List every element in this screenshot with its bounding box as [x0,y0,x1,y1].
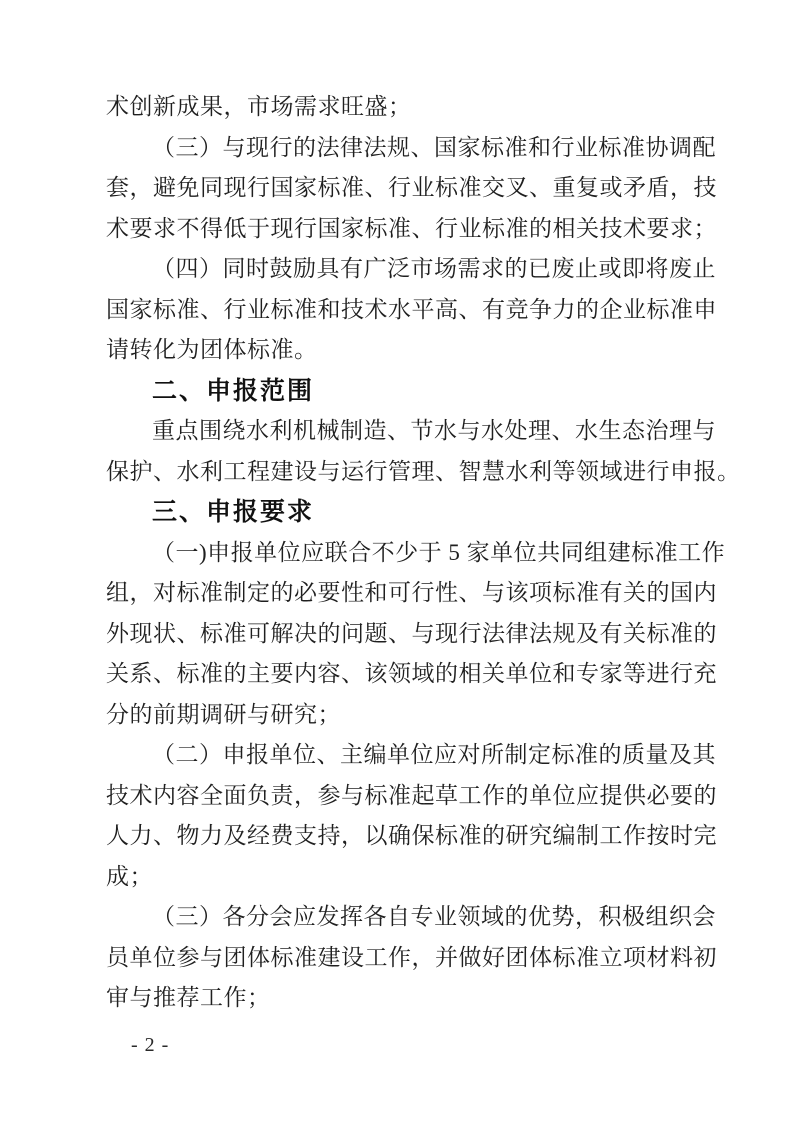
section-heading: 二、申报范围 [106,371,698,412]
text-line: 审与推荐工作； [106,978,698,1019]
text-line: 重点围绕水利机械制造、节水与水处理、水生态治理与 [106,411,698,452]
text-line: 关系、标准的主要内容、该领域的相关单位和专家等进行充 [106,654,698,695]
text-line: （二）申报单位、主编单位应对所制定标准的质量及其 [106,735,698,776]
scanned-document-page: 术创新成果，市场需求旺盛； （三）与现行的法律法规、国家标准和行业标准协调配 套… [0,0,800,1132]
text-line: 人力、物力及经费支持，以确保标准的研究编制工作按时完 [106,816,698,857]
text-line: 国家标准、行业标准和技术水平高、有竞争力的企业标准申 [106,290,698,331]
text-line: 请转化为团体标准。 [106,330,698,371]
text-line: （三）与现行的法律法规、国家标准和行业标准协调配 [106,128,698,169]
text-line: 成； [106,857,698,898]
text-line: 分的前期调研与研究； [106,695,698,736]
section-heading: 三、申报要求 [106,492,698,533]
text-line: （三）各分会应发挥各自专业领域的优势，积极组织会 [106,897,698,938]
text-line: 员单位参与团体标准建设工作，并做好团体标准立项材料初 [106,938,698,979]
text-line: 术要求不得低于现行国家标准、行业标准的相关技术要求； [106,209,698,250]
page-number: - 2 - [131,1031,169,1059]
document-body: 术创新成果，市场需求旺盛； （三）与现行的法律法规、国家标准和行业标准协调配 套… [106,87,698,1019]
text-line: 组，对标准制定的必要性和可行性、与该项标准有关的国内 [106,573,698,614]
text-line: 术创新成果，市场需求旺盛； [106,87,698,128]
text-line: 套，避免同现行国家标准、行业标准交叉、重复或矛盾，技 [106,168,698,209]
text-line: 保护、水利工程建设与运行管理、智慧水利等领域进行申报。 [106,452,698,493]
text-line: 技术内容全面负责，参与标准起草工作的单位应提供必要的 [106,776,698,817]
text-line: （一)申报单位应联合不少于 5 家单位共同组建标准工作 [106,533,698,574]
text-line: （四）同时鼓励具有广泛市场需求的已废止或即将废止 [106,249,698,290]
text-line: 外现状、标准可解决的问题、与现行法律法规及有关标准的 [106,614,698,655]
